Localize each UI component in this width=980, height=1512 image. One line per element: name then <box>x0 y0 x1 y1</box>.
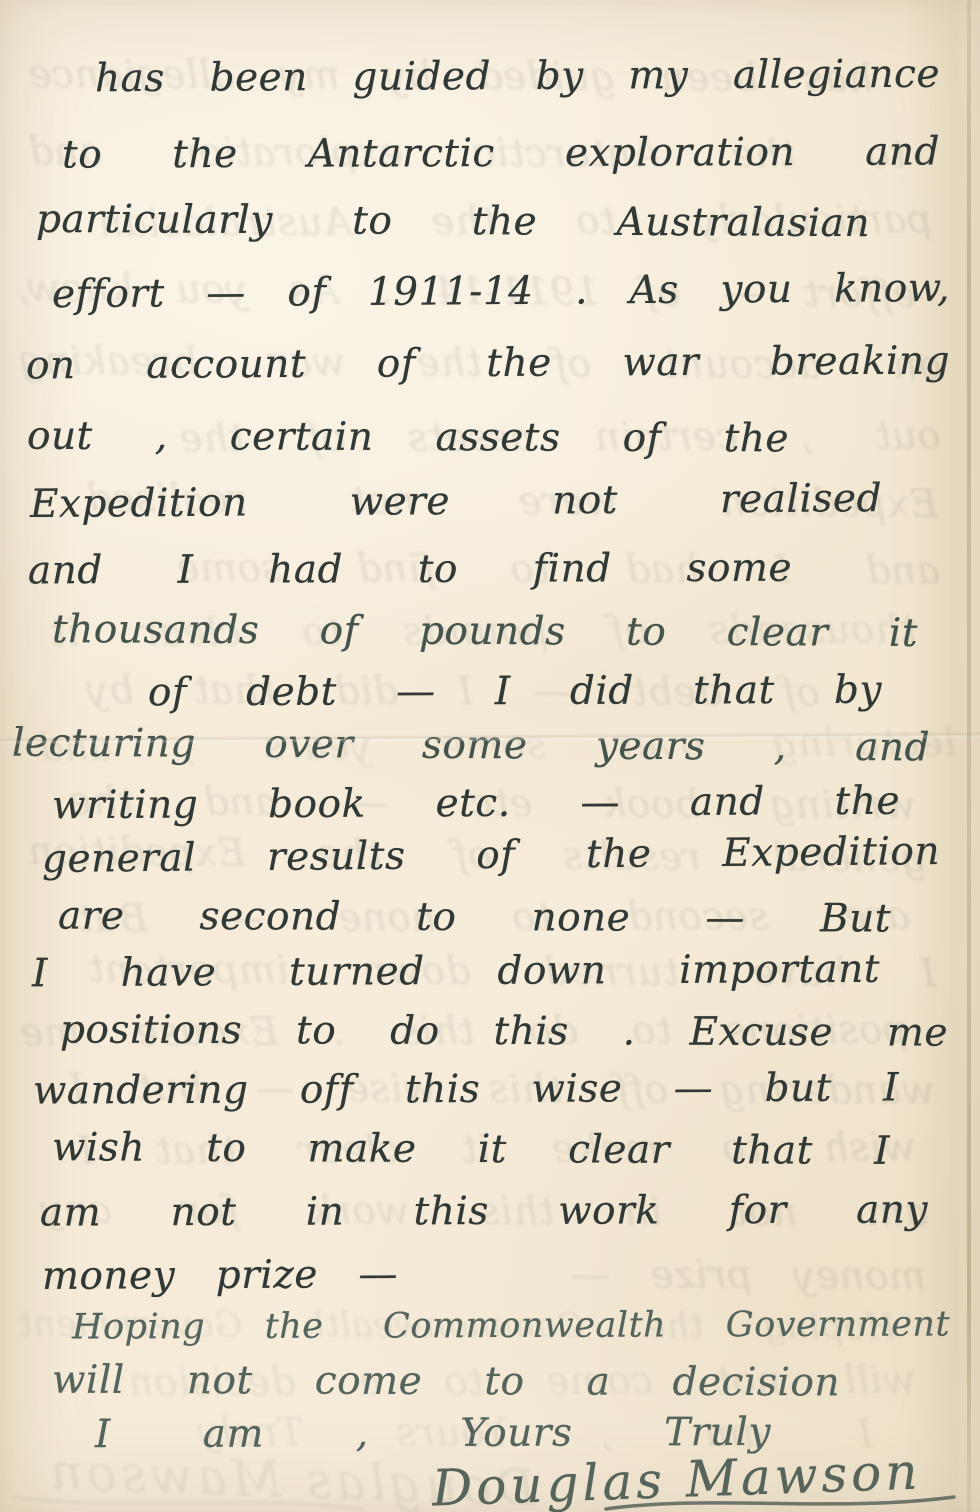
letter-line: will not come to a decision <box>52 1359 840 1407</box>
letter-line: has been guided by my allegiance <box>95 53 940 102</box>
letter-page: has been guided by my allegiance to the … <box>0 0 980 1512</box>
letter-line: lecturing over some years , and <box>12 722 930 772</box>
letter-line: are second to none — But <box>58 895 891 943</box>
letter-line: money prize — <box>42 1253 398 1300</box>
letter-line: on account of the war breaking <box>26 340 950 390</box>
letter-line: to the Antarctic exploration and <box>62 130 940 178</box>
letter-line: Expedition were not realised <box>30 477 882 528</box>
letter-line: writing book etc. — and the <box>52 780 900 829</box>
letter-line: positions to do this . Excuse me <box>60 1008 948 1056</box>
signature-flourish <box>600 1492 960 1512</box>
letter-line: wish to make it clear that I <box>52 1126 890 1174</box>
letter-line: of debt — I did that by <box>148 669 882 716</box>
letter-line: out , certain assets of the <box>27 415 789 463</box>
letter-line: particularly to the Australasian <box>36 198 870 247</box>
letter-line: am not in this work for any <box>40 1188 928 1236</box>
letter-line: and I had to find some <box>28 547 792 595</box>
letter-line: thousands of pounds to clear it <box>52 608 918 657</box>
letter-line: general results of the Expedition <box>42 830 940 883</box>
letter-line: Hoping the Commonwealth Government <box>72 1304 950 1347</box>
letter-text-layer: has been guided by my allegiance to the … <box>0 0 980 1512</box>
letter-line: effort — of 1911-14 . As you know, <box>52 267 950 318</box>
letter-line: I have turned down important <box>32 948 880 997</box>
letter-line: wandering off this wise — but I <box>33 1066 899 1114</box>
